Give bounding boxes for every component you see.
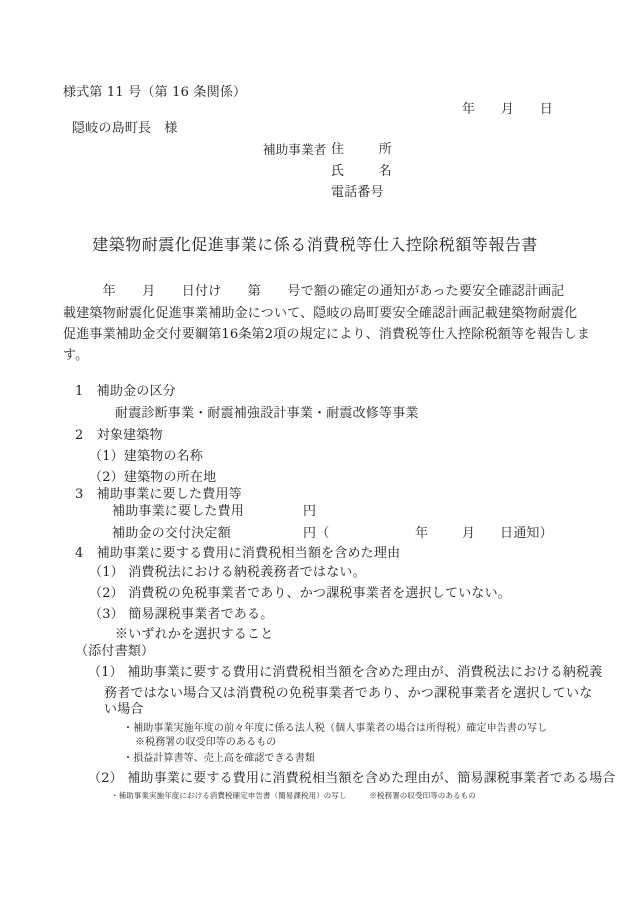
section3-heading: 3 補助事業に要した費用等 bbox=[75, 488, 242, 502]
section2-heading: 2 対象建築物 bbox=[75, 429, 163, 443]
section4-reason-2: （2） 消費税の免税事業者であり、かつ課税事業者を選択していない。 bbox=[89, 587, 511, 601]
applicant-address-label-first: 住 bbox=[331, 143, 344, 157]
section3-grant-year: 年 bbox=[415, 527, 428, 541]
applicant-address-label: 住 所 bbox=[331, 143, 392, 157]
body-paragraph-line-1: 年 月 日付け 第 号で額の確定の通知があった要安全確認計画記 bbox=[63, 285, 564, 299]
attachment1-line-1: （1） 補助事業に要する費用に消費税相当額を含めた理由が、消費税法における納税義 bbox=[88, 666, 602, 680]
attachment1-doc-1: ・補助事業実施年度の前々年度に係る法人税（個人事業者の場合は所得税）確定申告書の… bbox=[123, 723, 547, 734]
section4-reason-1: （1） 消費税法における納税義務者ではない。 bbox=[89, 566, 366, 580]
section3-cost-unit: 円 bbox=[303, 505, 316, 519]
document-page: 様式第 11 号（第 16 条関係） 年 月 日 隠岐の島町長 様 補助事業者 … bbox=[0, 0, 630, 903]
section3-grant-notice-close: 日通知） bbox=[500, 527, 553, 541]
applicant-name-label-first: 氏 bbox=[331, 165, 344, 179]
applicant-phone-label: 電話番号 bbox=[331, 186, 384, 200]
attachment1-doc-2: ・損益計算書等、売上高を確認できる書類 bbox=[123, 753, 315, 764]
section4-selection-note: ※いずれかを選択すること bbox=[115, 628, 273, 642]
section3-cost-label: 補助事業に要した費用 bbox=[112, 505, 244, 519]
attachment1-line-2: 務者ではない場合又は消費税の免税事業者であり、かつ課税事業者を選択していな bbox=[104, 687, 592, 701]
body-paragraph-line-4: す。 bbox=[63, 349, 88, 363]
body-paragraph-line-2: 載建築物耐震化促進事業補助金について、隠岐の島町要安全確認計画記載建築物耐震化 bbox=[63, 307, 577, 321]
section3-grant-month: 月 bbox=[462, 527, 475, 541]
applicant-label: 補助事業者 bbox=[263, 143, 327, 157]
section3-grant-unit-open: 円（ bbox=[303, 527, 329, 541]
applicant-name-label: 氏 名 bbox=[331, 165, 392, 179]
section3-grant-label: 補助金の交付決定額 bbox=[112, 527, 231, 541]
section1-heading: 1 補助金の区分 bbox=[75, 385, 176, 399]
report-date-day: 日 bbox=[540, 103, 553, 117]
report-date-month: 月 bbox=[501, 103, 514, 117]
attachment2-line-1: （2） 補助事業に要する費用に消費税相当額を含めた理由が、簡易課税事業者である場… bbox=[88, 772, 616, 786]
body-paragraph-line-3: 促進事業補助金交付要綱第16条第2項の規定により、消費税等仕入控除税額等を報告し… bbox=[63, 328, 590, 342]
section4-heading: 4 補助事業に要する費用に消費税相当額を含めた理由 bbox=[75, 547, 400, 561]
attachment1-line-3: い場合 bbox=[104, 703, 144, 717]
section2-item-building-location: （2）建築物の所在地 bbox=[89, 471, 216, 485]
form-number: 様式第 11 号（第 16 条関係） bbox=[63, 86, 246, 100]
report-date-line: 年 月 日 bbox=[462, 103, 553, 117]
document-title: 建築物耐震化促進事業に係る消費税等仕入控除税額等報告書 bbox=[0, 236, 630, 253]
attachment1-doc-1-note: ※税務署の収受印等のあるもの bbox=[135, 737, 276, 748]
report-date-year: 年 bbox=[462, 103, 475, 117]
addressee: 隠岐の島町長 様 bbox=[72, 122, 178, 136]
attachments-heading: （添付書類） bbox=[75, 645, 154, 659]
section4-reason-3: （3） 簡易課税事業者である。 bbox=[89, 608, 273, 622]
applicant-address-label-last: 所 bbox=[379, 143, 392, 157]
section1-options: 耐震診断事業・耐震補強設計事業・耐震改修等事業 bbox=[115, 407, 419, 421]
applicant-name-label-last: 名 bbox=[379, 165, 392, 179]
section2-item-building-name: （1）建築物の名称 bbox=[89, 450, 203, 464]
attachment2-doc-1: ・補助事業実施年度における消費税確定申告書（簡易課税用）の写し ※税務署の収受印… bbox=[111, 792, 476, 800]
